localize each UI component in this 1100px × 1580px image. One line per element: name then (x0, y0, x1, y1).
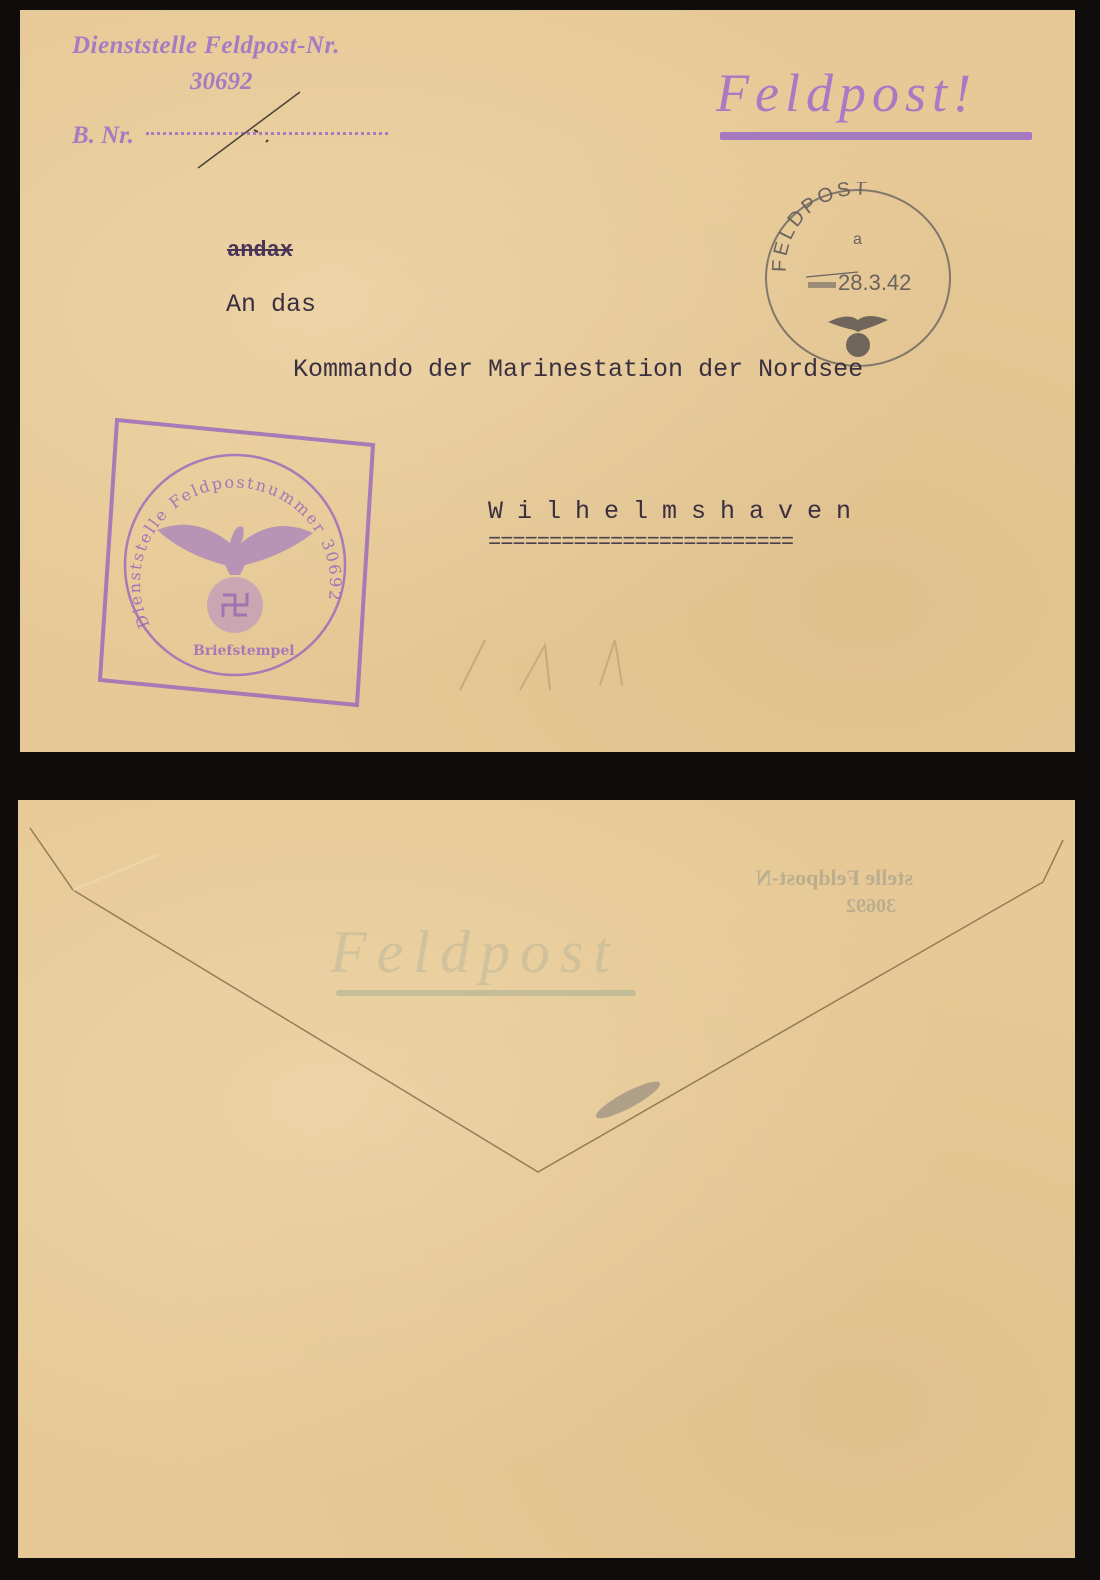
bnr-label: B. Nr. (72, 122, 134, 150)
postmark-date: 28.3.42 (838, 270, 911, 295)
pen-slash-mark (196, 90, 306, 170)
address-line-2: Kommando der Marinestation der Nordsee (293, 355, 863, 384)
official-seal-stamp: Dienststelle Feldpostnummer 30692 Briefs… (95, 415, 380, 710)
faint-pencil-marks (450, 630, 690, 700)
seal-bottom-text: Briefstempel (193, 643, 295, 659)
wreath-icon (846, 333, 870, 357)
postmark-top-text: FELDPOST (769, 182, 871, 272)
eagle-icon (157, 525, 313, 575)
struck-typed-word: andax (227, 238, 293, 263)
envelope-back: Feldpost stelle Feldpost-N 30692 (18, 800, 1075, 1558)
postmark-cancel: FELDPOST a 28.3.42 (758, 182, 958, 372)
envelope-flap (18, 800, 1075, 1558)
svg-text:FELDPOST: FELDPOST (769, 182, 871, 272)
offset-ghost-number: 30692 (846, 895, 896, 918)
address-line-1: An das (226, 290, 316, 319)
feldpost-underline (720, 132, 1032, 140)
envelope-front: Dienststelle Feldpost-Nr. 30692 B. Nr. F… (20, 10, 1075, 752)
ink-smudge (592, 1076, 663, 1124)
offset-ghost-feldpost: Feldpost (330, 918, 620, 987)
address-city: Wilhelmshaven (488, 497, 865, 526)
city-underline: ========================= (488, 530, 793, 555)
offset-ghost-underline (336, 990, 636, 996)
eagle-icon (828, 316, 888, 332)
sender-stamp-line1: Dienststelle Feldpost-Nr. (72, 32, 340, 60)
postmark-letter: a (853, 231, 862, 248)
feldpost-header-stamp: Feldpost! (716, 62, 977, 124)
offset-ghost-sender: stelle Feldpost-N (756, 865, 913, 891)
